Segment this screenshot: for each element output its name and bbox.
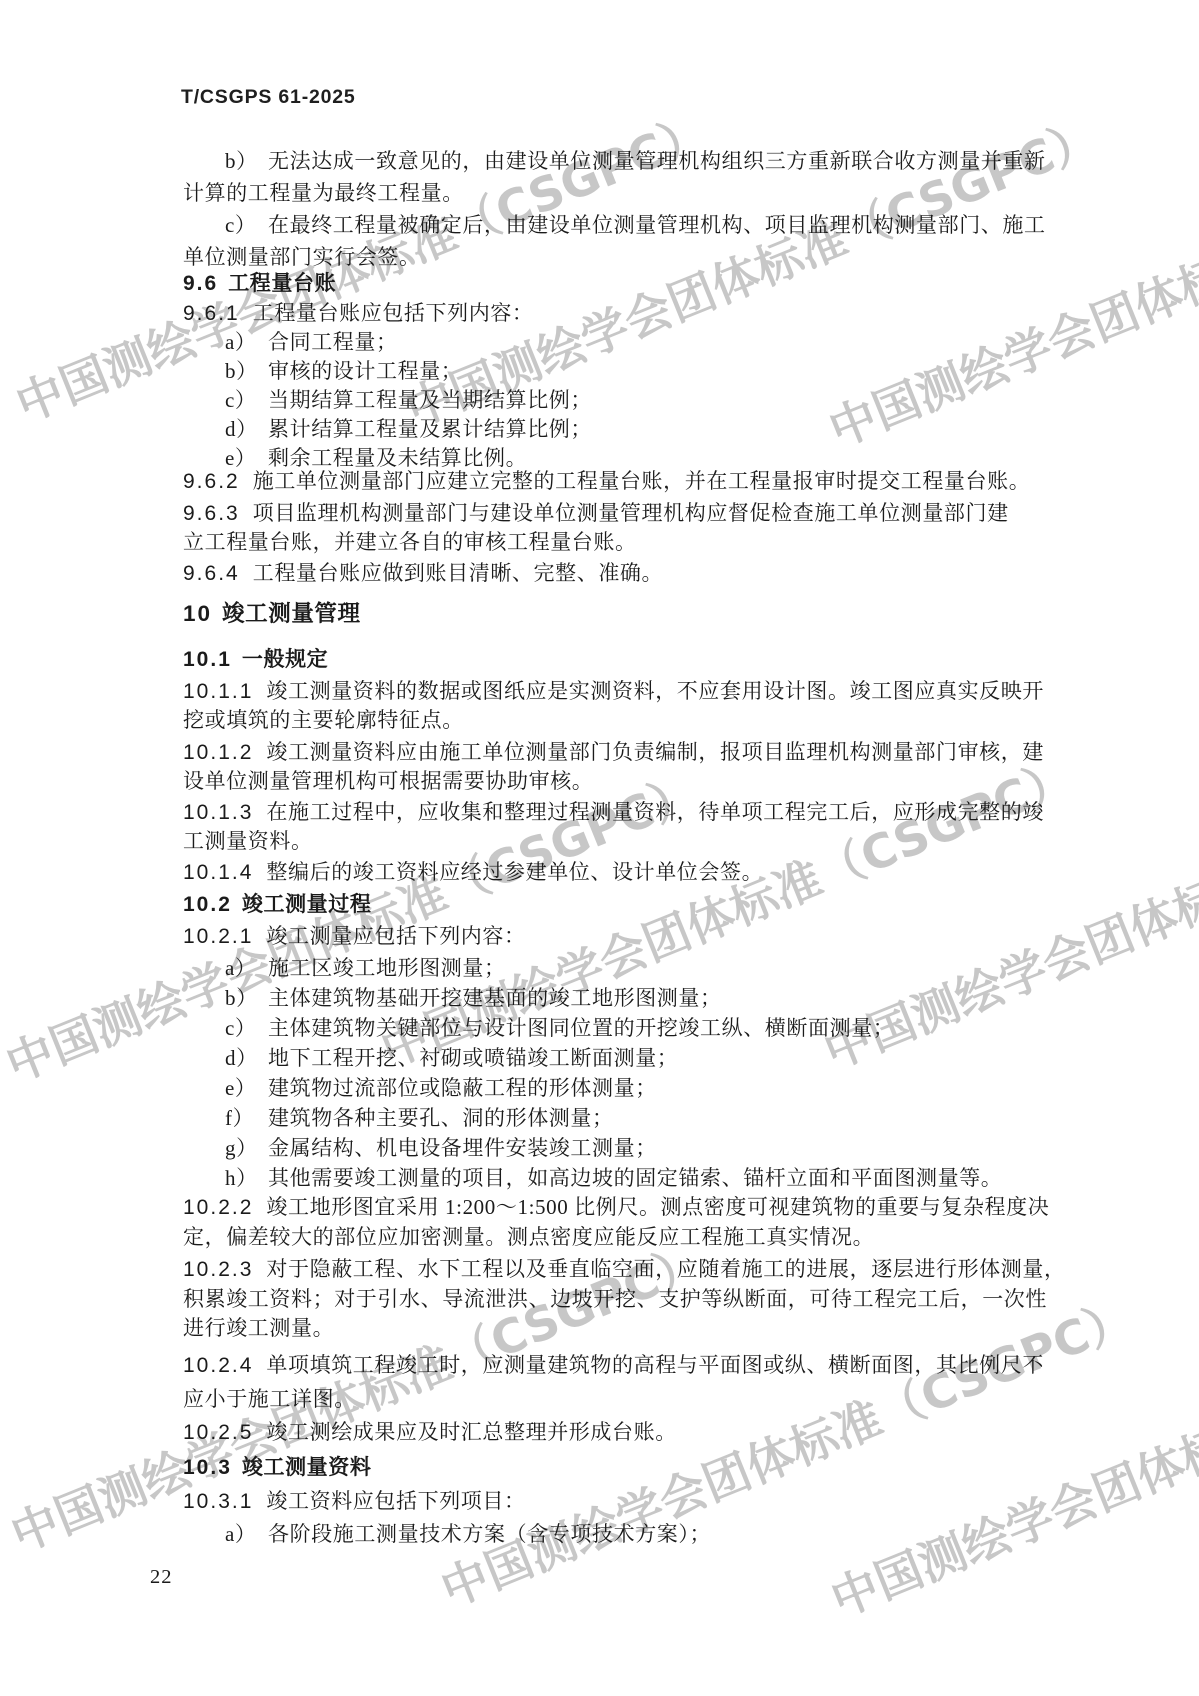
line-text: 计算的工程量为最终工程量。 — [183, 181, 464, 205]
line-text: 竣工测绘成果应及时汇总整理并形成台账。 — [266, 1420, 676, 1444]
clause-line: 10.1.3在施工过程中，应收集和整理过程测量资料，待单项工程完工后，应形成完整… — [183, 801, 1044, 824]
clause-number: 10.2.4 — [183, 1354, 253, 1377]
clause-number: 10.1 — [183, 648, 232, 671]
line-text: 竣工测量过程 — [242, 893, 372, 916]
line-text: 挖或填筑的主要轮廓特征点。 — [183, 708, 464, 732]
list-item-line: c）当期结算工程量及当期结算比例； — [225, 389, 592, 412]
section-heading: 10.2竣工测量过程 — [183, 893, 371, 916]
line-text: 竣工测量应包括下列内容： — [266, 924, 525, 948]
text-line: 计算的工程量为最终工程量。 — [183, 182, 464, 205]
line-text: 工程量台账应包括下列内容： — [253, 301, 534, 325]
clause-number: 10.1.3 — [183, 801, 253, 824]
text-line: 工测量资料。 — [183, 830, 313, 853]
list-item-line: g）金属结构、机电设备埋件安装竣工测量； — [225, 1137, 657, 1160]
list-item-label: b） — [225, 987, 268, 1010]
line-text: 无法达成一致意见的，由建设单位测量管理机构组织三方重新联合收方测量并重新 — [268, 149, 1046, 173]
list-item-label: a） — [225, 331, 268, 354]
clause-number: 10.2.3 — [183, 1258, 253, 1281]
list-item-label: h） — [225, 1167, 268, 1190]
text-line: 应小于施工详图。 — [183, 1388, 356, 1411]
clause-line: 10.1.1竣工测量资料的数据或图纸应是实测资料，不应套用设计图。竣工图应真实反… — [183, 680, 1044, 703]
list-item-line: f）建筑物各种主要孔、洞的形体测量； — [225, 1107, 614, 1130]
line-text: 各阶段施工测量技术方案（含专项技术方案）； — [268, 1522, 711, 1546]
list-item-line: c）主体建筑物关键部位与设计图同位置的开挖竣工纵、横断面测量； — [225, 1017, 894, 1040]
line-text: 合同工程量； — [268, 330, 398, 354]
clause-line: 10.2.4单项填筑工程竣工时，应测量建筑物的高程与平面图或纵、横断面图，其比例… — [183, 1354, 1044, 1377]
list-item-line: e）剩余工程量及未结算比例。 — [225, 447, 527, 470]
list-item-label: d） — [225, 1047, 268, 1070]
list-item-label: c） — [225, 389, 268, 412]
text-line: 定，偏差较大的部位应加密测量。测点密度应能反应工程施工真实情况。 — [183, 1226, 874, 1249]
clause-number: 10.2.2 — [183, 1196, 253, 1219]
line-text: 整编后的竣工资料应经过参建单位、设计单位会签。 — [266, 860, 763, 884]
line-text: 设单位测量管理机构可根据需要协助审核。 — [183, 769, 593, 793]
text-line: 设单位测量管理机构可根据需要协助审核。 — [183, 770, 593, 793]
line-text: 单位测量部门实行会签。 — [183, 245, 421, 269]
line-text: 项目监理机构测量部门与建设单位测量管理机构应督促检查施工单位测量部门建 — [253, 501, 1009, 525]
list-item-label: c） — [225, 1017, 268, 1040]
clause-line: 9.6.3项目监理机构测量部门与建设单位测量管理机构应督促检查施工单位测量部门建 — [183, 502, 1009, 525]
clause-number: 10.1.1 — [183, 680, 253, 703]
line-text: 立工程量台账，并建立各自的审核工程量台账。 — [183, 530, 637, 554]
line-text: 积累竣工资料；对于引水、导流泄洪、边坡开挖、支护等纵断面，可待工程完工后，一次性 — [183, 1287, 1047, 1311]
line-text: 建筑物过流部位或隐蔽工程的形体测量； — [268, 1076, 657, 1100]
line-text: 工程量台账 — [228, 272, 336, 295]
line-text: 在最终工程量被确定后，由建设单位测量管理机构、项目监理机构测量部门、施工 — [268, 213, 1046, 237]
line-text: 施工单位测量部门应建立完整的工程量台账，并在工程量报审时提交工程量台账。 — [253, 469, 1031, 493]
text-line: 单位测量部门实行会签。 — [183, 246, 421, 269]
clause-number: 10.2 — [183, 893, 232, 916]
line-text: 工测量资料。 — [183, 829, 313, 853]
list-item-line: a）施工区竣工地形图测量； — [225, 957, 506, 980]
list-item-line: d）地下工程开挖、衬砌或喷锚竣工断面测量； — [225, 1047, 678, 1070]
line-text: 累计结算工程量及累计结算比例； — [268, 417, 592, 441]
text-line: 立工程量台账，并建立各自的审核工程量台账。 — [183, 531, 637, 554]
line-text: 竣工地形图宜采用 1:200～1:500 比例尺。测点密度可视建筑物的重要与复杂… — [266, 1195, 1049, 1219]
list-item-line: h）其他需要竣工测量的项目，如高边坡的固定锚索、锚杆立面和平面图测量等。 — [225, 1167, 1002, 1190]
clause-number: 9.6.3 — [183, 502, 240, 525]
line-text: 地下工程开挖、衬砌或喷锚竣工断面测量； — [268, 1046, 678, 1070]
list-item-label: d） — [225, 418, 268, 441]
clause-line: 9.6.1工程量台账应包括下列内容： — [183, 302, 534, 325]
clause-number: 10.3 — [183, 1456, 232, 1479]
clause-number: 10.1.4 — [183, 861, 253, 884]
section-heading: 9.6工程量台账 — [183, 272, 336, 295]
line-text: 金属结构、机电设备埋件安装竣工测量； — [268, 1136, 657, 1160]
line-text: 竣工资料应包括下列项目： — [266, 1489, 525, 1513]
list-item-label: g） — [225, 1137, 268, 1160]
clause-line: 10.2.2竣工地形图宜采用 1:200～1:500 比例尺。测点密度可视建筑物… — [183, 1196, 1049, 1219]
clause-line: 10.1.2竣工测量资料应由施工单位测量部门负责编制，报项目监理机构测量部门审核… — [183, 741, 1044, 764]
line-text: 其他需要竣工测量的项目，如高边坡的固定锚索、锚杆立面和平面图测量等。 — [268, 1166, 1002, 1190]
section-heading: 10.1一般规定 — [183, 648, 328, 671]
clause-number: 10.2.1 — [183, 925, 253, 948]
line-text: 工程量台账应做到账目清晰、完整、准确。 — [253, 561, 663, 585]
list-item-label: e） — [225, 447, 268, 470]
clause-line: 9.6.2施工单位测量部门应建立完整的工程量台账，并在工程量报审时提交工程量台账… — [183, 470, 1030, 493]
line-text: 主体建筑物基础开挖建基面的竣工地形图测量； — [268, 986, 722, 1010]
text-line: 积累竣工资料；对于引水、导流泄洪、边坡开挖、支护等纵断面，可待工程完工后，一次性 — [183, 1288, 1047, 1311]
list-item-label: e） — [225, 1077, 268, 1100]
line-text: 竣工测量资料应由施工单位测量部门负责编制，报项目监理机构测量部门审核，建 — [266, 740, 1044, 764]
line-text: 在施工过程中，应收集和整理过程测量资料，待单项工程完工后，应形成完整的竣 — [266, 800, 1044, 824]
line-text: 单项填筑工程竣工时，应测量建筑物的高程与平面图或纵、横断面图，其比例尺不 — [266, 1353, 1044, 1377]
clause-line: 10.2.1竣工测量应包括下列内容： — [183, 925, 526, 948]
line-text: 审核的设计工程量； — [268, 359, 462, 383]
list-item-line: a）各阶段施工测量技术方案（含专项技术方案）； — [225, 1523, 711, 1546]
list-item-line: b）无法达成一致意见的，由建设单位测量管理机构组织三方重新联合收方测量并重新 — [225, 150, 1046, 173]
document-page: 中国测绘学会团体标准（CSGPC）中国测绘学会团体标准（CSGPC）中国测绘学会… — [0, 0, 1199, 1696]
clause-number: 9.6.2 — [183, 470, 240, 493]
clause-number: 9.6.4 — [183, 562, 240, 585]
line-text: 施工区竣工地形图测量； — [268, 956, 506, 980]
list-item-line: a）合同工程量； — [225, 331, 398, 354]
line-text: 应小于施工详图。 — [183, 1387, 356, 1411]
line-text: 定，偏差较大的部位应加密测量。测点密度应能反应工程施工真实情况。 — [183, 1225, 874, 1249]
line-text: 主体建筑物关键部位与设计图同位置的开挖竣工纵、横断面测量； — [268, 1016, 894, 1040]
line-text: 进行竣工测量。 — [183, 1316, 334, 1340]
list-item-label: a） — [225, 1523, 268, 1546]
clause-line: 10.2.3对于隐蔽工程、水下工程以及垂直临空面，应随着施工的进展，逐层进行形体… — [183, 1258, 1066, 1281]
section-heading: 10.3竣工测量资料 — [183, 1456, 371, 1479]
text-line: 进行竣工测量。 — [183, 1317, 334, 1340]
line-text: 剩余工程量及未结算比例。 — [268, 446, 527, 470]
clause-line: 10.3.1竣工资料应包括下列项目： — [183, 1490, 526, 1513]
line-text: 竣工测量管理 — [222, 601, 361, 626]
clause-line: 10.2.5竣工测绘成果应及时汇总整理并形成台账。 — [183, 1421, 677, 1444]
clause-number: 10 — [183, 601, 212, 626]
line-text: 建筑物各种主要孔、洞的形体测量； — [268, 1106, 614, 1130]
list-item-label: b） — [225, 360, 268, 383]
list-item-label: a） — [225, 957, 268, 980]
text-line: 挖或填筑的主要轮廓特征点。 — [183, 709, 464, 732]
clause-number: 9.6.1 — [183, 302, 240, 325]
clause-number: 9.6 — [183, 272, 218, 295]
list-item-line: e）建筑物过流部位或隐蔽工程的形体测量； — [225, 1077, 657, 1100]
line-text: 竣工测量资料 — [242, 1456, 372, 1479]
clause-number: 10.1.2 — [183, 741, 253, 764]
list-item-label: c） — [225, 214, 268, 237]
list-item-line: b）主体建筑物基础开挖建基面的竣工地形图测量； — [225, 987, 722, 1010]
list-item-line: c）在最终工程量被确定后，由建设单位测量管理机构、项目监理机构测量部门、施工 — [225, 214, 1046, 237]
line-text: 对于隐蔽工程、水下工程以及垂直临空面，应随着施工的进展，逐层进行形体测量， — [266, 1257, 1065, 1281]
list-item-label: f） — [225, 1107, 268, 1130]
clause-line: 10.1.4整编后的竣工资料应经过参建单位、设计单位会签。 — [183, 861, 763, 884]
clause-number: 10.2.5 — [183, 1421, 253, 1444]
clause-number: 10.3.1 — [183, 1490, 253, 1513]
line-text: 竣工测量资料的数据或图纸应是实测资料，不应套用设计图。竣工图应真实反映开 — [266, 679, 1044, 703]
line-text: 一般规定 — [242, 648, 328, 671]
list-item-line: d）累计结算工程量及累计结算比例； — [225, 418, 592, 441]
line-text: 当期结算工程量及当期结算比例； — [268, 388, 592, 412]
clause-line: 9.6.4工程量台账应做到账目清晰、完整、准确。 — [183, 562, 663, 585]
page-number: 22 — [150, 1566, 173, 1589]
list-item-label: b） — [225, 150, 268, 173]
document-content: b）无法达成一致意见的，由建设单位测量管理机构组织三方重新联合收方测量并重新计算… — [0, 0, 1199, 1696]
list-item-line: b）审核的设计工程量； — [225, 360, 462, 383]
chapter-heading: 10竣工测量管理 — [183, 602, 361, 625]
